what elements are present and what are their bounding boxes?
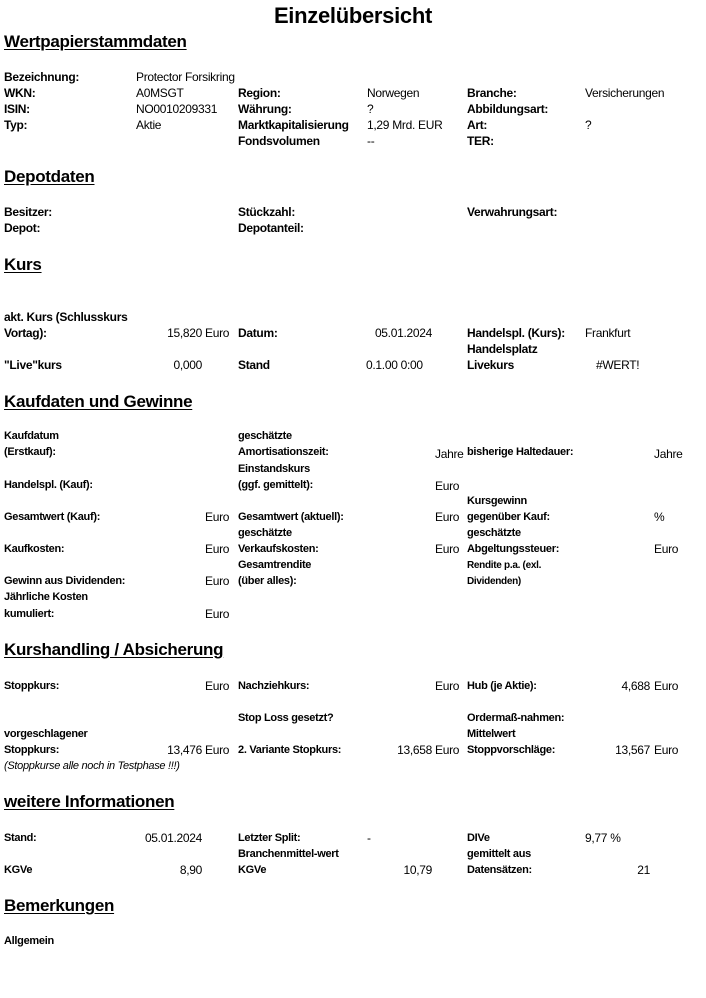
waehrung-label: Währung: [238, 101, 292, 117]
section-heading-kurs: Kurs [4, 255, 42, 275]
rendite-pa-label-line1: Rendite p.a. (exl. [467, 558, 541, 574]
hub-label: Hub (je Aktie): [467, 678, 537, 694]
ter-label: TER: [467, 133, 494, 149]
branchenmittel-label-line1: Branchenmittel-wert [238, 846, 339, 862]
datum-value: 05.01.2024 [340, 325, 432, 341]
dividenden-unit: Euro [205, 573, 229, 589]
hub-value: 4,688 [580, 678, 650, 694]
section-heading-kurshandling: Kurshandling / Absicherung [4, 640, 223, 660]
akt-kurs-unit: Euro [205, 325, 229, 341]
dive-value: 9,77 % [585, 830, 621, 846]
depotanteil-label: Depotanteil: [238, 220, 304, 236]
gemittelt-label-line1: gemittelt aus [467, 846, 531, 862]
amortisation-unit: Jahre [435, 446, 464, 462]
letzter-split-label: Letzter Split: [238, 830, 300, 846]
rendite-pa-label-line2: Dividenden) [467, 574, 521, 590]
kursgewinn-label-line2: gegenüber Kauf: [467, 509, 550, 525]
weitere-stand-value: 05.01.2024 [120, 830, 202, 846]
verwahrungsart-label: Verwahrungsart: [467, 204, 557, 220]
testphase-note: (Stoppkurse alle noch in Testphase !!!) [4, 758, 180, 774]
abgeltungssteuer-label-line2: Abgeltungssteuer: [467, 541, 559, 557]
mittelwert-label-line1: Mittelwert [467, 726, 515, 742]
kgve-label: KGVe [4, 862, 32, 878]
nachziehkurs-unit: Euro [435, 678, 459, 694]
kursgewinn-unit: % [654, 509, 664, 525]
gemittelt-label-line2: Datensätzen: [467, 862, 532, 878]
variante-stopkurs-unit: Euro [435, 742, 459, 758]
typ-value: Aktie [136, 117, 161, 133]
amortisation-label-line1: geschätzte [238, 428, 292, 444]
marktkap-value: 1,29 Mrd. EUR [367, 117, 442, 133]
gesamtwert-aktuell-unit: Euro [435, 509, 459, 525]
section-heading-weitere: weitere Informationen [4, 792, 174, 812]
handelspl-kauf-label: Handelspl. (Kauf): [4, 477, 93, 493]
marktkap-label: Marktkapitalisierung [238, 117, 349, 133]
mittelwert-unit: Euro [654, 742, 678, 758]
jaehrliche-kosten-label-line1: Jährliche Kosten [4, 589, 88, 605]
abgeltungssteuer-unit: Euro [654, 541, 678, 557]
section-heading-bemerkungen: Bemerkungen [4, 896, 114, 916]
handelspl-kurs-value: Frankfurt [585, 325, 630, 341]
haltedauer-label: bisherige Haltedauer: [467, 444, 573, 460]
akt-kurs-value: 15,820 [120, 325, 202, 341]
stueckzahl-label: Stückzahl: [238, 204, 295, 220]
gesamtrendite-label-line2: (über alles): [238, 573, 296, 589]
vorgeschlagener-stoppkurs-unit: Euro [205, 742, 229, 758]
branchenmittel-value: 10,79 [350, 862, 432, 878]
kaufkosten-unit: Euro [205, 541, 229, 557]
fondsvolumen-value: -- [367, 133, 374, 149]
einstandskurs-label-line2: (ggf. gemittelt): [238, 477, 313, 493]
wkn-value: A0MSGT [136, 85, 184, 101]
datum-label: Datum: [238, 325, 278, 341]
dividenden-label: Gewinn aus Dividenden: [4, 573, 125, 589]
kaufdatum-label-line2: (Erstkauf): [4, 444, 56, 460]
allgemein-label: Allgemein [4, 933, 54, 949]
gesamtwert-kauf-unit: Euro [205, 509, 229, 525]
isin-value: NO0010209331 [136, 101, 217, 117]
haltedauer-unit: Jahre [654, 446, 683, 462]
verkaufskosten-label-line2: Verkaufskosten: [238, 541, 318, 557]
verkaufskosten-label-line1: geschätzte [238, 525, 292, 541]
kursgewinn-label-line1: Kursgewinn [467, 493, 527, 509]
gesamtwert-aktuell-label: Gesamtwert (aktuell): [238, 509, 344, 525]
kgve-value: 8,90 [120, 862, 202, 878]
stand-label: Stand [238, 357, 270, 373]
stand-value: 0.1.00 0:00 [366, 357, 423, 373]
region-value: Norwegen [367, 85, 419, 101]
bezeichnung-value: Protector Forsikring [136, 69, 235, 85]
stoppkurs-label: Stoppkurs: [4, 678, 59, 694]
akt-kurs-label-line2: Vortag): [4, 325, 47, 341]
vorgeschlagener-stoppkurs-label-line1: vorgeschlagener [4, 726, 88, 742]
akt-kurs-label-line1: akt. Kurs (Schlusskurs [4, 309, 127, 325]
handelspl-kurs-label: Handelspl. (Kurs): [467, 325, 565, 341]
livekurs-label: Livekurs [467, 357, 514, 373]
branchenmittel-label-line2: KGVe [238, 862, 266, 878]
abbildungsart-label: Abbildungsart: [467, 101, 548, 117]
vorgeschlagener-stoppkurs-value: 13,476 [120, 742, 202, 758]
livekurs-value: #WERT! [596, 357, 639, 373]
jaehrliche-kosten-unit: Euro [205, 606, 229, 622]
abgeltungssteuer-label-line1: geschätzte [467, 525, 521, 541]
vorgeschlagener-stoppkurs-label-line2: Stoppkurs: [4, 742, 59, 758]
wkn-label: WKN: [4, 85, 35, 101]
branche-label: Branche: [467, 85, 517, 101]
typ-label: Typ: [4, 117, 27, 133]
amortisation-label-line2: Amortisationszeit: [238, 444, 329, 460]
weitere-stand-label: Stand: [4, 830, 36, 846]
variante-stopkurs-value: 13,658 [350, 742, 432, 758]
verkaufskosten-unit: Euro [435, 541, 459, 557]
kaufdatum-label-line1: Kaufdatum [4, 428, 59, 444]
fondsvolumen-label: Fondsvolumen [238, 133, 320, 149]
jaehrliche-kosten-label-line2: kumuliert: [4, 606, 54, 622]
nachziehkurs-label: Nachziehkurs: [238, 678, 309, 694]
handelsplatz-label: Handelsplatz [467, 341, 537, 357]
ordermassnahmen-label: Ordermaß-nahmen: [467, 710, 564, 726]
page-title: Einzelübersicht [0, 3, 706, 29]
region-label: Region: [238, 85, 281, 101]
live-kurs-value: 0,000 [120, 357, 202, 373]
kaufkosten-label: Kaufkosten: [4, 541, 64, 557]
stoploss-label: Stop Loss gesetzt? [238, 710, 333, 726]
art-label: Art: [467, 117, 487, 133]
waehrung-value: ? [367, 101, 373, 117]
section-heading-stammdaten: Wertpapierstammdaten [4, 32, 187, 52]
branche-value: Versicherungen [585, 85, 664, 101]
einstandskurs-label-line1: Einstandskurs [238, 461, 310, 477]
mittelwert-value: 13,567 [570, 742, 650, 758]
dive-label: DIVe [467, 830, 490, 846]
mittelwert-label-line2: Stoppvorschläge: [467, 742, 555, 758]
isin-label: ISIN: [4, 101, 30, 117]
gesamtrendite-label-line1: Gesamtrendite [238, 557, 311, 573]
bezeichnung-label: Bezeichnung: [4, 69, 79, 85]
section-heading-depot: Depotdaten [4, 167, 95, 187]
section-heading-kaufdaten: Kaufdaten und Gewinne [4, 392, 192, 412]
art-value: ? [585, 117, 591, 133]
stoppkurs-unit: Euro [205, 678, 229, 694]
hub-unit: Euro [654, 678, 678, 694]
letzter-split-value: - [367, 830, 371, 846]
gesamtwert-kauf-label: Gesamtwert (Kauf): [4, 509, 100, 525]
einstandskurs-unit: Euro [435, 478, 459, 494]
besitzer-label: Besitzer: [4, 204, 52, 220]
depot-label: Depot: [4, 220, 40, 236]
live-kurs-label: "Live"kurs [4, 357, 62, 373]
gemittelt-value: 21 [580, 862, 650, 878]
variante-stopkurs-label: 2. Variante Stopkurs: [238, 742, 341, 758]
